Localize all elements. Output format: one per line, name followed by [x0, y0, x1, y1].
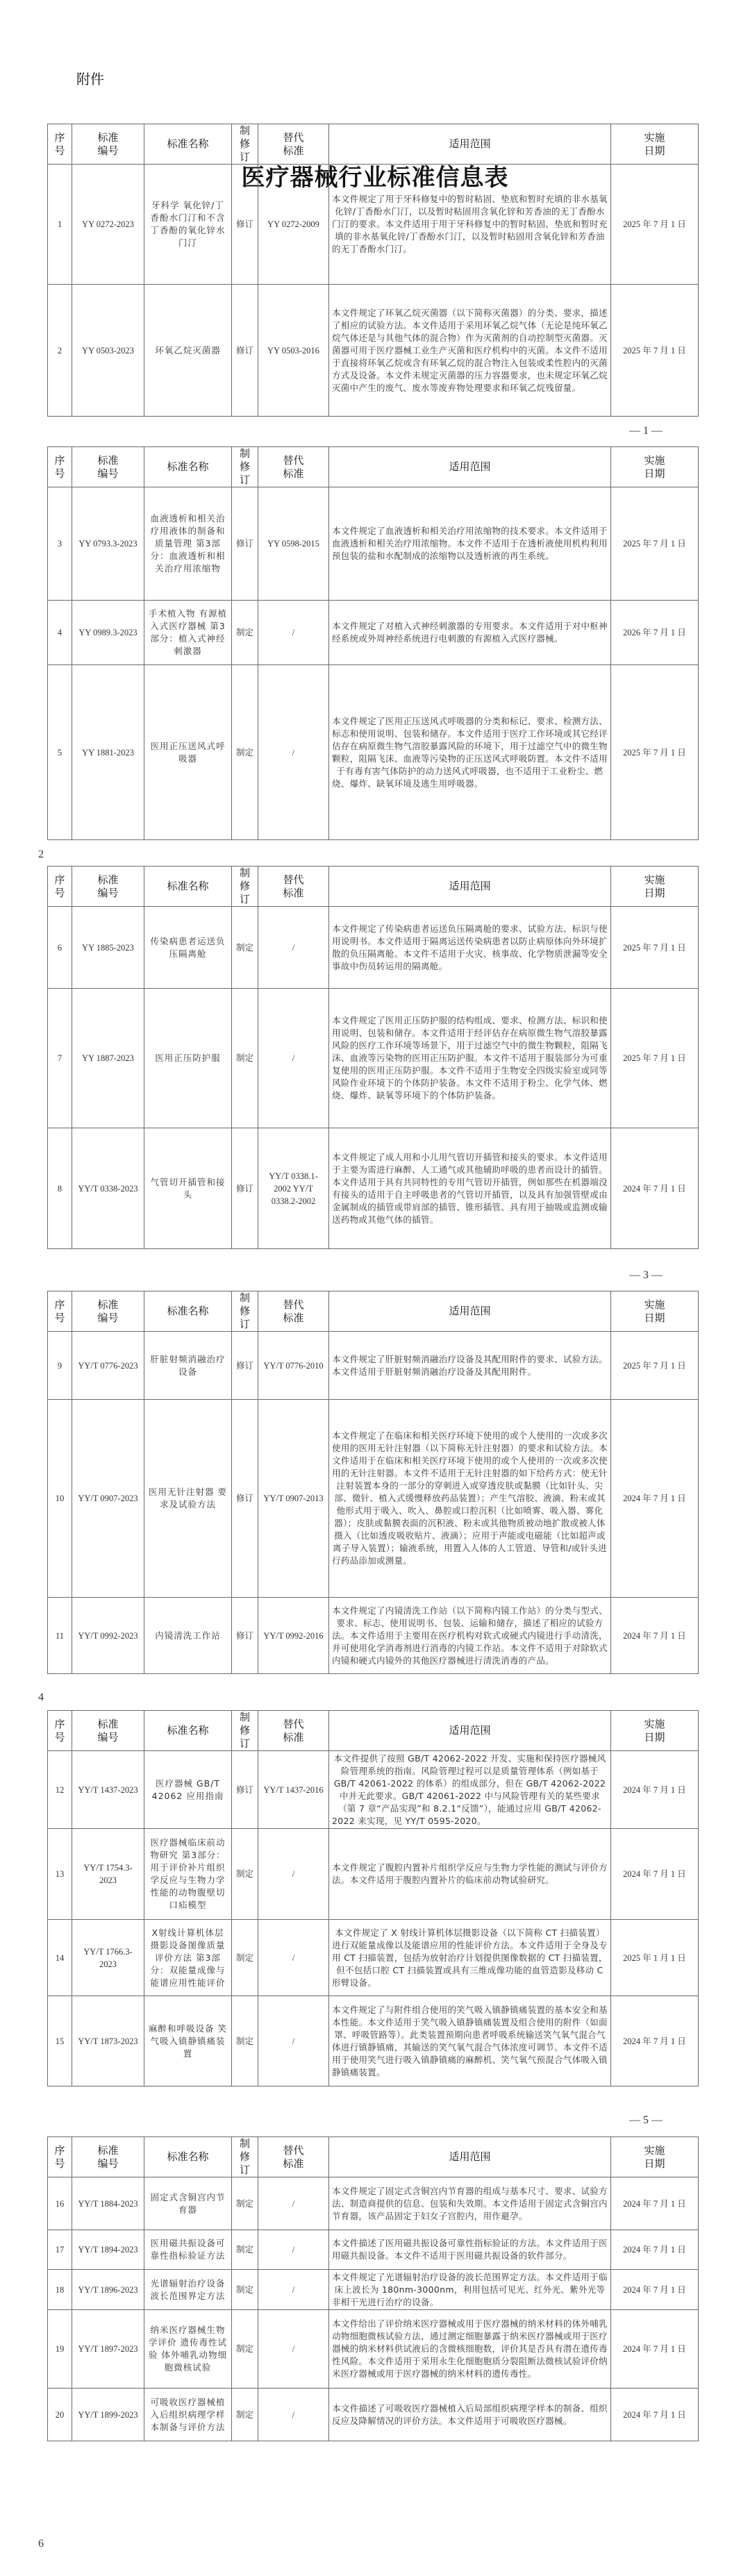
column-header-row-number: 序号 — [48, 447, 72, 487]
standard-code: YY/T 1884-2023 — [72, 2177, 144, 2230]
column-header-replaced-standard: 替代标准 — [258, 124, 329, 165]
row-number: 12 — [48, 1751, 72, 1829]
scope-text: 本文件规定了血液透析和相关治疗用浓缩物的技术要求。本文件适用于血液透析和相关治疗… — [329, 487, 611, 601]
effective-date: 2024 年 7 月 1 日 — [611, 2310, 699, 2389]
standards-table-page-3: 序号标准编号标准名称制修订替代标准适用范围实施日期6YY 1885-2023传染… — [47, 866, 699, 1249]
column-header-standard-name: 标准名称 — [144, 1291, 232, 1332]
standard-code: YY/T 0992-2023 — [72, 1598, 144, 1674]
column-header-standard-name: 标准名称 — [144, 1711, 232, 1751]
effective-date: 2025 年 7 月 1 日 — [611, 665, 699, 840]
standard-code: YY/T 1754.3-2023 — [72, 1829, 144, 1920]
replaced-standard: YY/T 0992-2016 — [258, 1598, 329, 1674]
row-number: 14 — [48, 1920, 72, 1996]
column-header-standard-name: 标准名称 — [144, 447, 232, 487]
standard-name: 纳米医疗器械生物学评价 遗传毒性试验 体外哺乳动物细胞微核试验 — [144, 2310, 232, 2389]
replaced-standard: YY/T 1437-2016 — [258, 1751, 329, 1829]
row-number: 6 — [48, 907, 72, 989]
table-header-row: 序号标准编号标准名称制修订替代标准适用范围实施日期 — [48, 124, 699, 165]
column-header-scope-text: 适用范围 — [329, 1711, 611, 1751]
revision-type: 制定 — [232, 2270, 258, 2310]
column-header-row-number: 序号 — [48, 2137, 72, 2177]
revision-type: 修订 — [232, 285, 258, 417]
standard-code: YY 0503-2023 — [72, 285, 144, 417]
standards-table-page-4: 序号标准编号标准名称制修订替代标准适用范围实施日期9YY/T 0776-2023… — [47, 1291, 699, 1674]
replaced-standard: / — [258, 907, 329, 989]
column-header-standard-code: 标准编号 — [72, 2137, 144, 2177]
standard-name: 医疗器械 GB/T 42062 应用指南 — [144, 1751, 232, 1829]
table-header-row: 序号标准编号标准名称制修订替代标准适用范围实施日期 — [48, 867, 699, 907]
column-header-scope-text: 适用范围 — [329, 2137, 611, 2177]
revision-type: 制定 — [232, 1829, 258, 1920]
table-row: 5YY 1881-2023医用正压送风式呼吸器制定/本文件规定了医用正压送风式呼… — [48, 665, 699, 840]
row-number: 15 — [48, 1996, 72, 2086]
effective-date: 2024 年 7 月 1 日 — [611, 1598, 699, 1674]
column-header-scope-text: 适用范围 — [329, 124, 611, 165]
column-header-revision-type: 制修订 — [232, 2137, 258, 2177]
row-number: 10 — [48, 1400, 72, 1598]
table-row: 20YY/T 1899-2023可吸收医疗器械植入后组织病理学样本制备与评价方法… — [48, 2389, 699, 2441]
revision-type: 修订 — [232, 1598, 258, 1674]
column-header-row-number: 序号 — [48, 867, 72, 907]
column-header-standard-code: 标准编号 — [72, 447, 144, 487]
table-row: 7YY 1887-2023医用正压防护服制定/本文件规定了医用正压防护服的结构组… — [48, 989, 699, 1128]
column-header-revision-type: 制修订 — [232, 447, 258, 487]
scope-text: 本文件规定了内镜清洗工作站（以下简称内镜工作站）的分类与型式、要求、标志、使用说… — [329, 1598, 611, 1674]
standard-code: YY/T 1897-2023 — [72, 2310, 144, 2389]
standard-name: 医用正压送风式呼吸器 — [144, 665, 232, 840]
column-header-row-number: 序号 — [48, 124, 72, 165]
table-header-row: 序号标准编号标准名称制修订替代标准适用范围实施日期 — [48, 1291, 699, 1332]
row-number: 19 — [48, 2310, 72, 2389]
scope-text: 本文件规定了医用正压送风式呼吸器的分类和标记、要求、检测方法、标志和使用说明、包… — [329, 665, 611, 840]
revision-type: 制定 — [232, 2310, 258, 2389]
replaced-standard: / — [258, 2230, 329, 2270]
standard-name: 麻醉和呼吸设备 笑气吸入镇静镇痛装置 — [144, 1996, 232, 2086]
column-header-revision-type: 制修订 — [232, 1291, 258, 1332]
row-number: 3 — [48, 487, 72, 601]
scope-text: 本文件规定了传染病患者运送负压隔离舱的要求、试验方法、标识与使用说明书。本文件适… — [329, 907, 611, 989]
replaced-standard: YY 0503-2016 — [258, 285, 329, 417]
scope-text: 本文件规定了 X 射线计算机体层摄影设备（以下简称 CT 扫描装置）进行双能量成… — [329, 1920, 611, 1996]
standard-name: 光谱辐射治疗设备波长范围界定方法 — [144, 2270, 232, 2310]
standard-code: YY 0272-2023 — [72, 165, 144, 285]
row-number: 7 — [48, 989, 72, 1128]
scope-text: 本文件规定了对植入式神经刺激器的专用要求。本文件适用于对中枢神经系统或外周神经系… — [329, 601, 611, 665]
effective-date: 2024 年 7 月 1 日 — [611, 1400, 699, 1598]
column-header-scope-text: 适用范围 — [329, 867, 611, 907]
column-header-effective-date: 实施日期 — [611, 447, 699, 487]
scope-text: 本文件描述了医用磁共振设备可靠性指标验证的方法。本文件适用于医用磁共振设备。本文… — [329, 2230, 611, 2270]
replaced-standard: YY/T 0907-2013 — [258, 1400, 329, 1598]
standard-name: 气管切开插管和接头 — [144, 1128, 232, 1249]
standards-table-page-1: 序号标准编号标准名称制修订替代标准适用范围实施日期1YY 0272-2023牙科… — [47, 124, 699, 417]
standard-code: YY 1881-2023 — [72, 665, 144, 840]
column-header-effective-date: 实施日期 — [611, 2137, 699, 2177]
replaced-standard: YY/T 0338.1-2002 YY/T 0338.2-2002 — [258, 1128, 329, 1249]
column-header-standard-code: 标准编号 — [72, 867, 144, 907]
table-row: 10YY/T 0907-2023医用无针注射器 要求及试验方法修订YY/T 09… — [48, 1400, 699, 1598]
row-number: 4 — [48, 601, 72, 665]
table-row: 12YY/T 1437-2023医疗器械 GB/T 42062 应用指南修订YY… — [48, 1751, 699, 1829]
table-header-row: 序号标准编号标准名称制修订替代标准适用范围实施日期 — [48, 2137, 699, 2177]
effective-date: 2024 年 7 月 1 日 — [611, 2389, 699, 2441]
page-number-3: — 3 — — [604, 1269, 687, 1282]
replaced-standard: / — [258, 601, 329, 665]
standard-code: YY/T 0776-2023 — [72, 1332, 144, 1400]
table-row: 11YY/T 0992-2023内镜清洗工作站修订YY/T 0992-2016本… — [48, 1598, 699, 1674]
column-header-revision-type: 制修订 — [232, 124, 258, 165]
table-row: 4YY 0989.3-2023手术植入物 有源植入式医疗器械 第3部分：植入式神… — [48, 601, 699, 665]
standard-name: X射线计算机体层摄影设备图像质量评价方法 第3部分：双能量成像与能谱应用性能评价 — [144, 1920, 232, 1996]
standard-name: 医用正压防护服 — [144, 989, 232, 1128]
scope-text: 本文件规定了腹腔内置补片组织学反应与生物力学性能的测试与评价方法。本文件适用于腹… — [329, 1829, 611, 1920]
effective-date: 2024 年 7 月 1 日 — [611, 1128, 699, 1249]
column-header-standard-code: 标准编号 — [72, 124, 144, 165]
scope-text: 本文件给出了评价纳米医疗器械或用于医疗器械的纳米材料的体外哺乳动物细胞微核试验方… — [329, 2310, 611, 2389]
table-header-row: 序号标准编号标准名称制修订替代标准适用范围实施日期 — [48, 447, 699, 487]
revision-type: 制定 — [232, 1920, 258, 1996]
replaced-standard: / — [258, 2177, 329, 2230]
scope-text: 本文件规定了在临床和相关医疗环境下使用的或个人使用的一次或多次使用的医用无针注射… — [329, 1400, 611, 1598]
page-number-6: 6 — [38, 2538, 44, 2550]
effective-date: 2025 年 7 月 1 日 — [611, 165, 699, 285]
standard-code: YY/T 1437-2023 — [72, 1751, 144, 1829]
revision-type: 制定 — [232, 2230, 258, 2270]
revision-type: 修订 — [232, 1751, 258, 1829]
table-header-row: 序号标准编号标准名称制修订替代标准适用范围实施日期 — [48, 1711, 699, 1751]
effective-date: 2024 年 7 月 1 日 — [611, 1996, 699, 2086]
column-header-effective-date: 实施日期 — [611, 1711, 699, 1751]
column-header-row-number: 序号 — [48, 1291, 72, 1332]
revision-type: 制定 — [232, 907, 258, 989]
standard-name: 医用无针注射器 要求及试验方法 — [144, 1400, 232, 1598]
replaced-standard: / — [258, 1920, 329, 1996]
scope-text: 本文件规定了固定式含铜宫内节育器的组成与基本尺寸、要求、试验方法、制造商提供的信… — [329, 2177, 611, 2230]
row-number: 5 — [48, 665, 72, 840]
revision-type: 修订 — [232, 165, 258, 285]
effective-date: 2025 年 7 月 1 日 — [611, 487, 699, 601]
column-header-standard-name: 标准名称 — [144, 124, 232, 165]
table-row: 16YY/T 1884-2023固定式含铜宫内节育器制定/本文件规定了固定式含铜… — [48, 2177, 699, 2230]
effective-date: 2024 年 7 月 1 日 — [611, 2270, 699, 2310]
standard-name: 牙科学 氧化锌/丁香酚水门汀和不含丁香酚的氧化锌水门汀 — [144, 165, 232, 285]
standard-name: 可吸收医疗器械植入后组织病理学样本制备与评价方法 — [144, 2389, 232, 2441]
table-row: 14YY/T 1766.3-2023X射线计算机体层摄影设备图像质量评价方法 第… — [48, 1920, 699, 1996]
standards-table-page-2: 序号标准编号标准名称制修订替代标准适用范围实施日期3YY 0793.3-2023… — [47, 446, 699, 840]
row-number: 17 — [48, 2230, 72, 2270]
table-row: 13YY/T 1754.3-2023医疗器械临床前动物研究 第3部分：用于评价补… — [48, 1829, 699, 1920]
revision-type: 修订 — [232, 1128, 258, 1249]
standard-code: YY/T 1873-2023 — [72, 1996, 144, 2086]
column-header-revision-type: 制修订 — [232, 867, 258, 907]
replaced-standard: / — [258, 1996, 329, 2086]
page-number-4: 4 — [38, 1691, 44, 1704]
replaced-standard: / — [258, 2310, 329, 2389]
table-row: 6YY 1885-2023传染病患者运送负压隔离舱制定/本文件规定了传染病患者运… — [48, 907, 699, 989]
standard-name: 医用磁共振设备可靠性指标验证方法 — [144, 2230, 232, 2270]
row-number: 1 — [48, 165, 72, 285]
row-number: 2 — [48, 285, 72, 417]
standard-name: 固定式含铜宫内节育器 — [144, 2177, 232, 2230]
standard-code: YY 0793.3-2023 — [72, 487, 144, 601]
effective-date: 2025 年 1 月 1 日 — [611, 1920, 699, 1996]
table-row: 19YY/T 1897-2023纳米医疗器械生物学评价 遗传毒性试验 体外哺乳动… — [48, 2310, 699, 2389]
standard-code: YY/T 0907-2023 — [72, 1400, 144, 1598]
scope-text: 本文件规定了光谱辐射治疗设备的波长范围界定方法。本文件适用于临床上波长为 180… — [329, 2270, 611, 2310]
effective-date: 2025 年 7 月 1 日 — [611, 1332, 699, 1400]
standard-code: YY/T 1894-2023 — [72, 2230, 144, 2270]
effective-date: 2024 年 7 月 1 日 — [611, 2177, 699, 2230]
revision-type: 制定 — [232, 2177, 258, 2230]
row-number: 13 — [48, 1829, 72, 1920]
replaced-standard: YY/T 0776-2010 — [258, 1332, 329, 1400]
replaced-standard: / — [258, 2389, 329, 2441]
standard-code: YY 1887-2023 — [72, 989, 144, 1128]
table-row: 15YY/T 1873-2023麻醉和呼吸设备 笑气吸入镇静镇痛装置制定/本文件… — [48, 1996, 699, 2086]
standard-code: YY/T 1766.3-2023 — [72, 1920, 144, 1996]
standard-code: YY 1885-2023 — [72, 907, 144, 989]
column-header-effective-date: 实施日期 — [611, 867, 699, 907]
scope-text: 本文件规定了与附件组合使用的笑气吸入镇静镇痛装置的基本安全和基本性能。本文件适用… — [329, 1996, 611, 2086]
replaced-standard: YY 0598-2015 — [258, 487, 329, 601]
scope-text: 本文件描述了可吸收医疗器械植入后局部组织病理学样本的制备、组织反应及降解情况的评… — [329, 2389, 611, 2441]
standard-name: 传染病患者运送负压隔离舱 — [144, 907, 232, 989]
table-row: 17YY/T 1894-2023医用磁共振设备可靠性指标验证方法制定/本文件描述… — [48, 2230, 699, 2270]
scope-text: 本文件规定了成人用和小儿用气管切开插管和接头的要求。本文件适用于主要为需进行麻醉… — [329, 1128, 611, 1249]
table-row: 18YY/T 1896-2023光谱辐射治疗设备波长范围界定方法制定/本文件规定… — [48, 2270, 699, 2310]
column-header-effective-date: 实施日期 — [611, 124, 699, 165]
revision-type: 制定 — [232, 1996, 258, 2086]
scope-text: 本文件规定了用于牙科修复中的暂时粘固、垫底和暂时充填的非水基氧化锌/丁香酚水门汀… — [329, 165, 611, 285]
column-header-replaced-standard: 替代标准 — [258, 1711, 329, 1751]
column-header-scope-text: 适用范围 — [329, 447, 611, 487]
scope-text: 本文件提供了按照 GB/T 42062-2022 开发、实施和保持医疗器械风险管… — [329, 1751, 611, 1829]
table-row: 1YY 0272-2023牙科学 氧化锌/丁香酚水门汀和不含丁香酚的氧化锌水门汀… — [48, 165, 699, 285]
row-number: 11 — [48, 1598, 72, 1674]
standard-name: 肝脏射频消融治疗设备 — [144, 1332, 232, 1400]
table-row: 9YY/T 0776-2023肝脏射频消融治疗设备修订YY/T 0776-201… — [48, 1332, 699, 1400]
effective-date: 2025 年 7 月 1 日 — [611, 907, 699, 989]
column-header-standard-name: 标准名称 — [144, 2137, 232, 2177]
row-number: 18 — [48, 2270, 72, 2310]
scope-text: 本文件规定了环氧乙烷灭菌器（以下简称灭菌器）的分类、要求，描述了相应的试验方法。… — [329, 285, 611, 417]
standard-code: YY/T 0338-2023 — [72, 1128, 144, 1249]
column-header-replaced-standard: 替代标准 — [258, 2137, 329, 2177]
page-number-1: — 1 — — [604, 425, 687, 437]
revision-type: 制定 — [232, 601, 258, 665]
standard-name: 环氧乙烷灭菌器 — [144, 285, 232, 417]
standard-name: 血液透析和相关治疗用液体的制备和质量管理 第3部分：血液透析和相关治疗用浓缩物 — [144, 487, 232, 601]
revision-type: 制定 — [232, 2389, 258, 2441]
standard-code: YY/T 1899-2023 — [72, 2389, 144, 2441]
effective-date: 2025 年 7 月 1 日 — [611, 989, 699, 1128]
scope-text: 本文件规定了医用正压防护服的结构组成、要求、检测方法、标识和使用说明、包装和储存… — [329, 989, 611, 1128]
table-row: 8YY/T 0338-2023气管切开插管和接头修订YY/T 0338.1-20… — [48, 1128, 699, 1249]
row-number: 8 — [48, 1128, 72, 1249]
standard-name: 医疗器械临床前动物研究 第3部分：用于评价补片组织学反应与生物力学性能的动物腹壁… — [144, 1829, 232, 1920]
column-header-standard-code: 标准编号 — [72, 1291, 144, 1332]
scope-text: 本文件规定了肝脏射频消融治疗设备及其配用附件的要求、试验方法。本文件适用于肝脏射… — [329, 1332, 611, 1400]
replaced-standard: / — [258, 2270, 329, 2310]
revision-type: 制定 — [232, 665, 258, 840]
row-number: 9 — [48, 1332, 72, 1400]
revision-type: 修订 — [232, 1400, 258, 1598]
column-header-replaced-standard: 替代标准 — [258, 867, 329, 907]
standard-code: YY 0989.3-2023 — [72, 601, 144, 665]
row-number: 20 — [48, 2389, 72, 2441]
standard-name: 内镜清洗工作站 — [144, 1598, 232, 1674]
standard-name: 手术植入物 有源植入式医疗器械 第3部分：植入式神经刺激器 — [144, 601, 232, 665]
standards-table-page-6: 序号标准编号标准名称制修订替代标准适用范围实施日期16YY/T 1884-202… — [47, 2136, 699, 2441]
effective-date: 2024 年 7 月 1 日 — [611, 2230, 699, 2270]
column-header-effective-date: 实施日期 — [611, 1291, 699, 1332]
column-header-standard-name: 标准名称 — [144, 867, 232, 907]
column-header-standard-code: 标准编号 — [72, 1711, 144, 1751]
column-header-scope-text: 适用范围 — [329, 1291, 611, 1332]
table-row: 2YY 0503-2023环氧乙烷灭菌器修订YY 0503-2016本文件规定了… — [48, 285, 699, 417]
effective-date: 2024 年 7 月 1 日 — [611, 1829, 699, 1920]
replaced-standard: / — [258, 989, 329, 1128]
attachment-label: 附件 — [76, 68, 104, 88]
revision-type: 修订 — [232, 1332, 258, 1400]
standard-code: YY/T 1896-2023 — [72, 2270, 144, 2310]
effective-date: 2024 年 7 月 1 日 — [611, 1751, 699, 1829]
replaced-standard: / — [258, 1829, 329, 1920]
column-header-revision-type: 制修订 — [232, 1711, 258, 1751]
column-header-row-number: 序号 — [48, 1711, 72, 1751]
standards-table-page-5: 序号标准编号标准名称制修订替代标准适用范围实施日期12YY/T 1437-202… — [47, 1710, 699, 2086]
page-number-5: — 5 — — [604, 2114, 687, 2127]
page-number-2: 2 — [38, 848, 44, 861]
table-row: 3YY 0793.3-2023血液透析和相关治疗用液体的制备和质量管理 第3部分… — [48, 487, 699, 601]
column-header-replaced-standard: 替代标准 — [258, 1291, 329, 1332]
effective-date: 2025 年 7 月 1 日 — [611, 285, 699, 417]
column-header-replaced-standard: 替代标准 — [258, 447, 329, 487]
replaced-standard: YY 0272-2009 — [258, 165, 329, 285]
replaced-standard: / — [258, 665, 329, 840]
revision-type: 修订 — [232, 487, 258, 601]
revision-type: 制定 — [232, 989, 258, 1128]
effective-date: 2026 年 7 月 1 日 — [611, 601, 699, 665]
row-number: 16 — [48, 2177, 72, 2230]
